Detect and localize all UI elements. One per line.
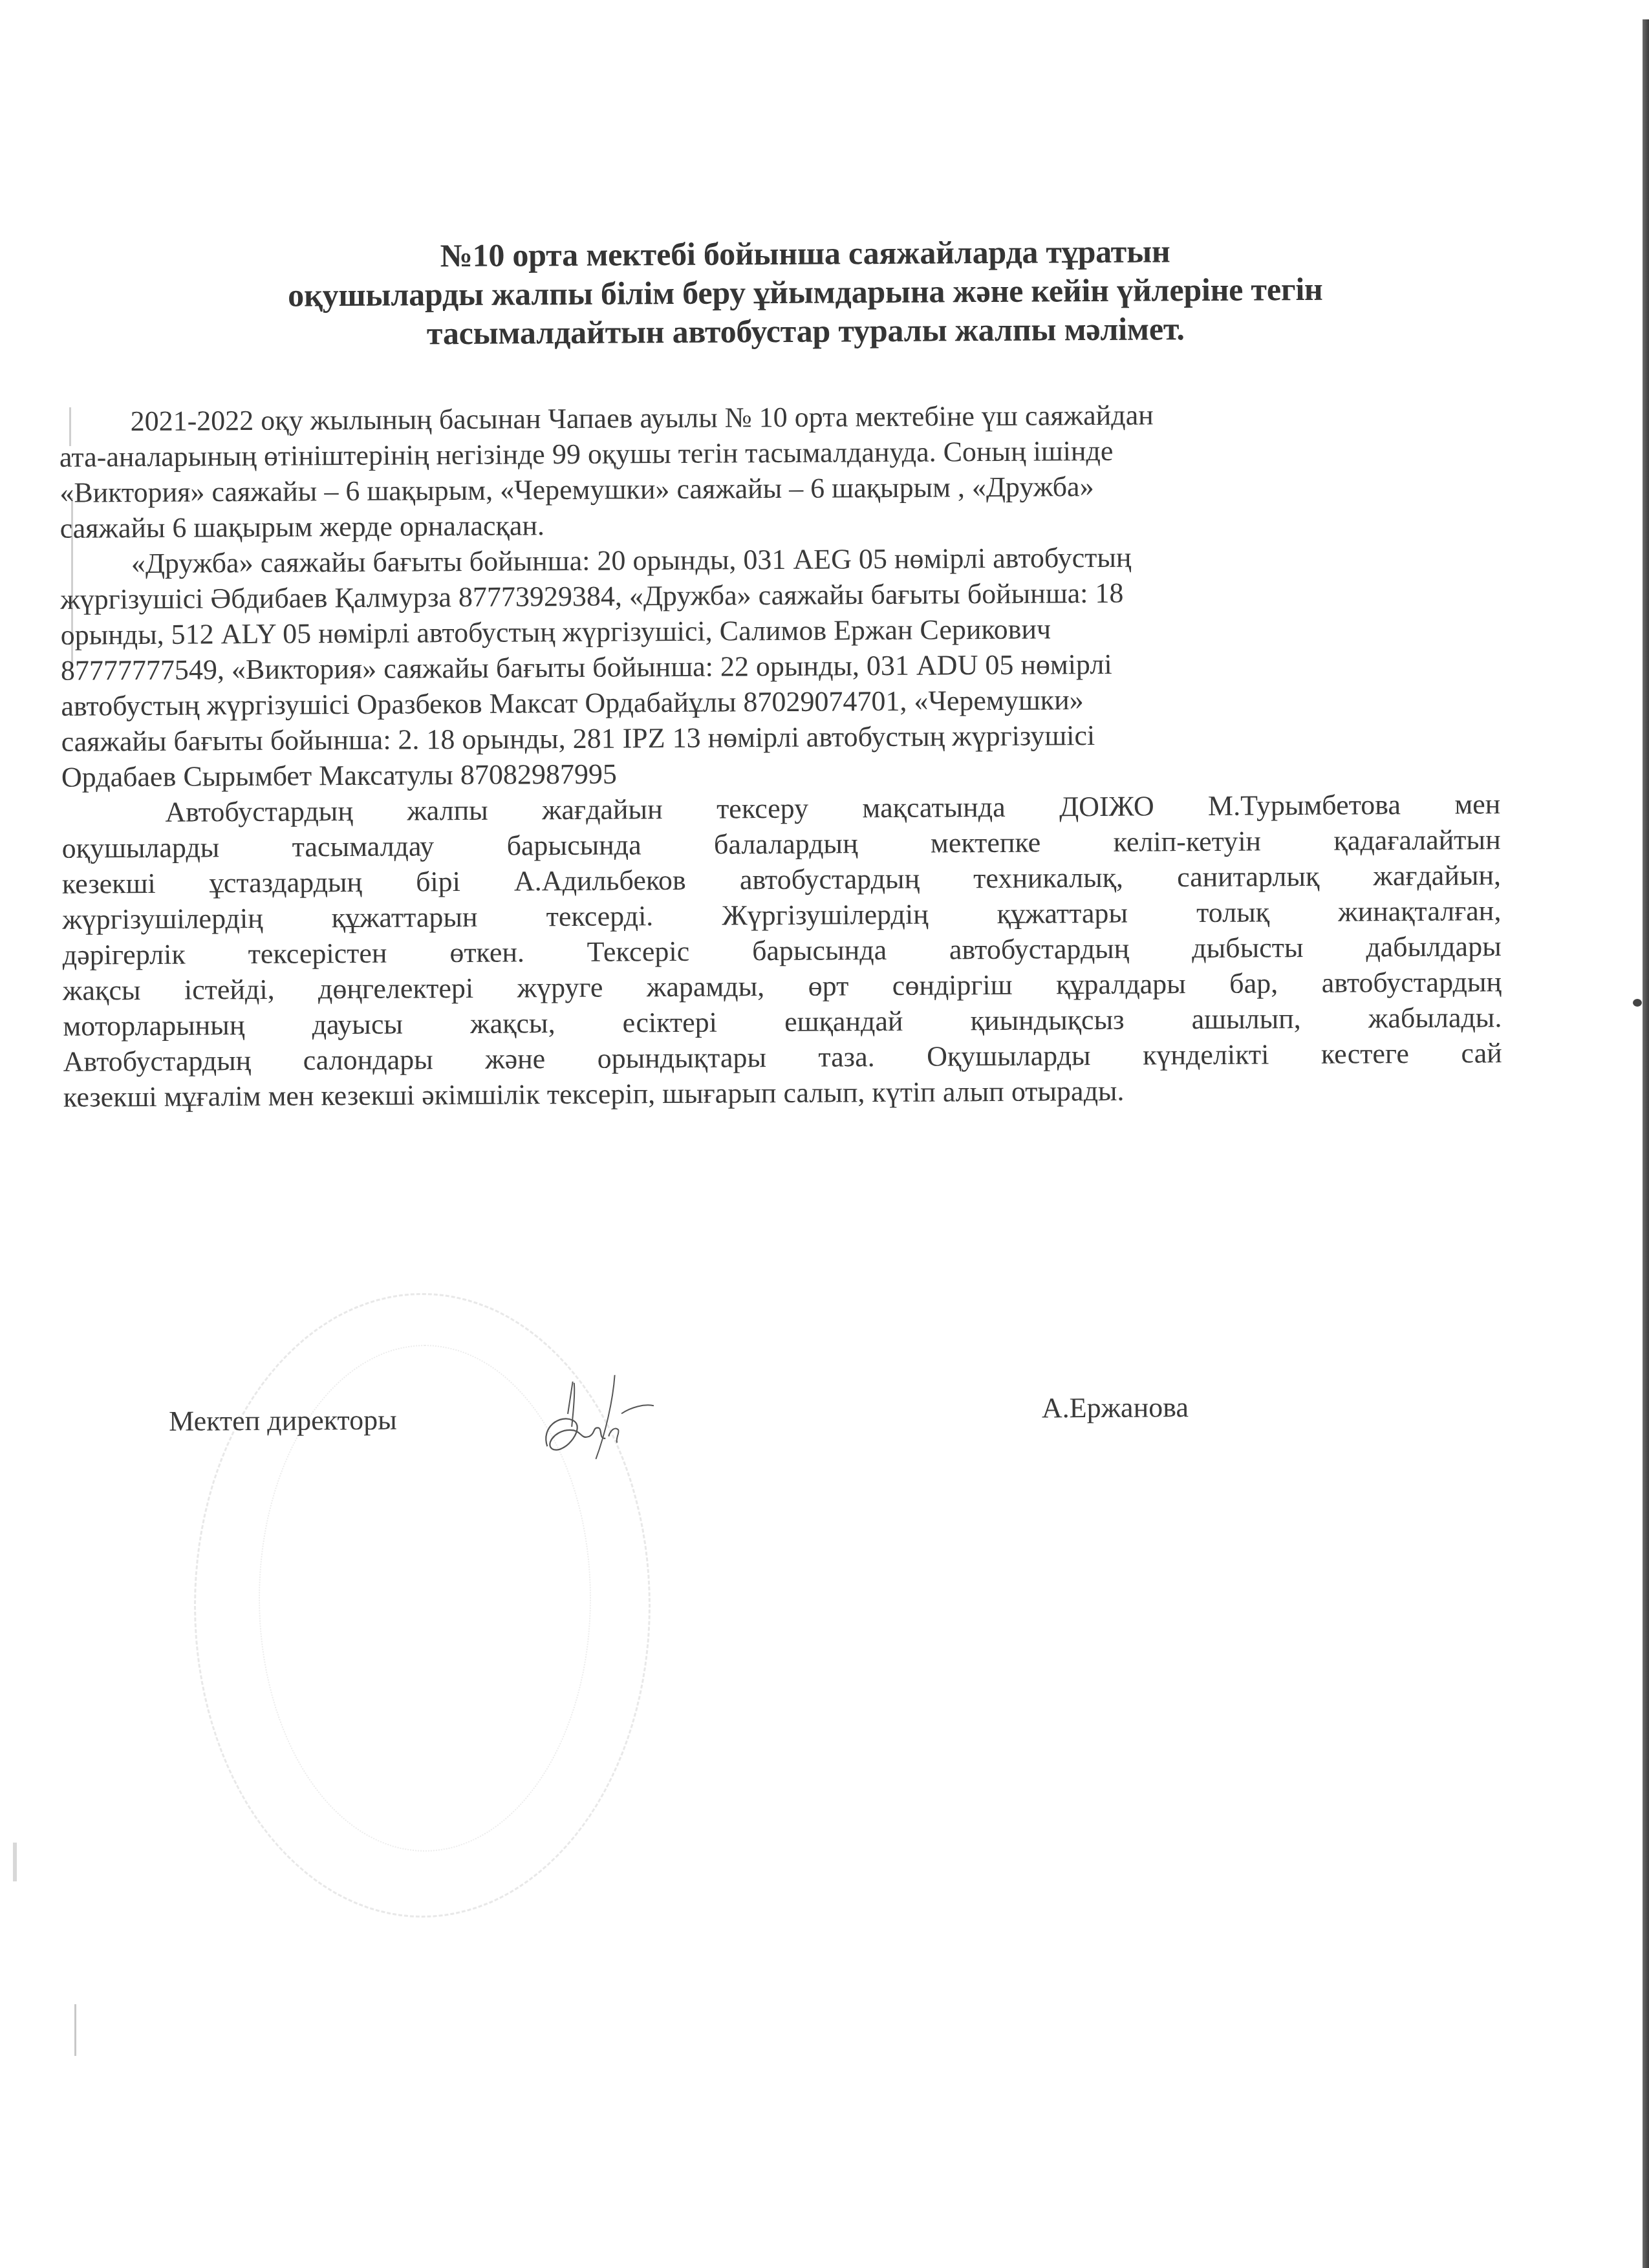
document-content: №10 орта мектебі бойынша саяжайларда тұр… [0, 0, 1649, 2268]
director-name: А.Ержанова [1042, 1391, 1189, 1424]
document-title: №10 орта мектебі бойынша саяжайларда тұр… [158, 230, 1452, 354]
document-body: 2021-2022 оқу жылының басынан Чапаев ауы… [59, 395, 1502, 1115]
paragraph-intro: 2021-2022 оқу жылының басынан Чапаев ауы… [59, 395, 1498, 546]
handwritten-signature-icon [534, 1375, 664, 1466]
title-line: оқушыларды жалпы білім беру ұйымдарына ж… [158, 269, 1452, 316]
title-line: тасымалдайтын автобустар туралы жалпы мә… [159, 308, 1452, 354]
paragraph-inspection: Автобустардың жалпы жағдайын тексеру мақ… [61, 786, 1502, 1115]
signature-block: Мектеп директоры А.Ержанова [4, 1388, 1649, 1476]
scanned-document-page: №10 орта мектебі бойынша саяжайларда тұр… [0, 0, 1649, 2268]
paragraph-bus-routes: «Дружба» саяжайы бағыты бойынша: 20 орын… [60, 537, 1500, 795]
director-role-label: Мектеп директоры [169, 1404, 397, 1438]
